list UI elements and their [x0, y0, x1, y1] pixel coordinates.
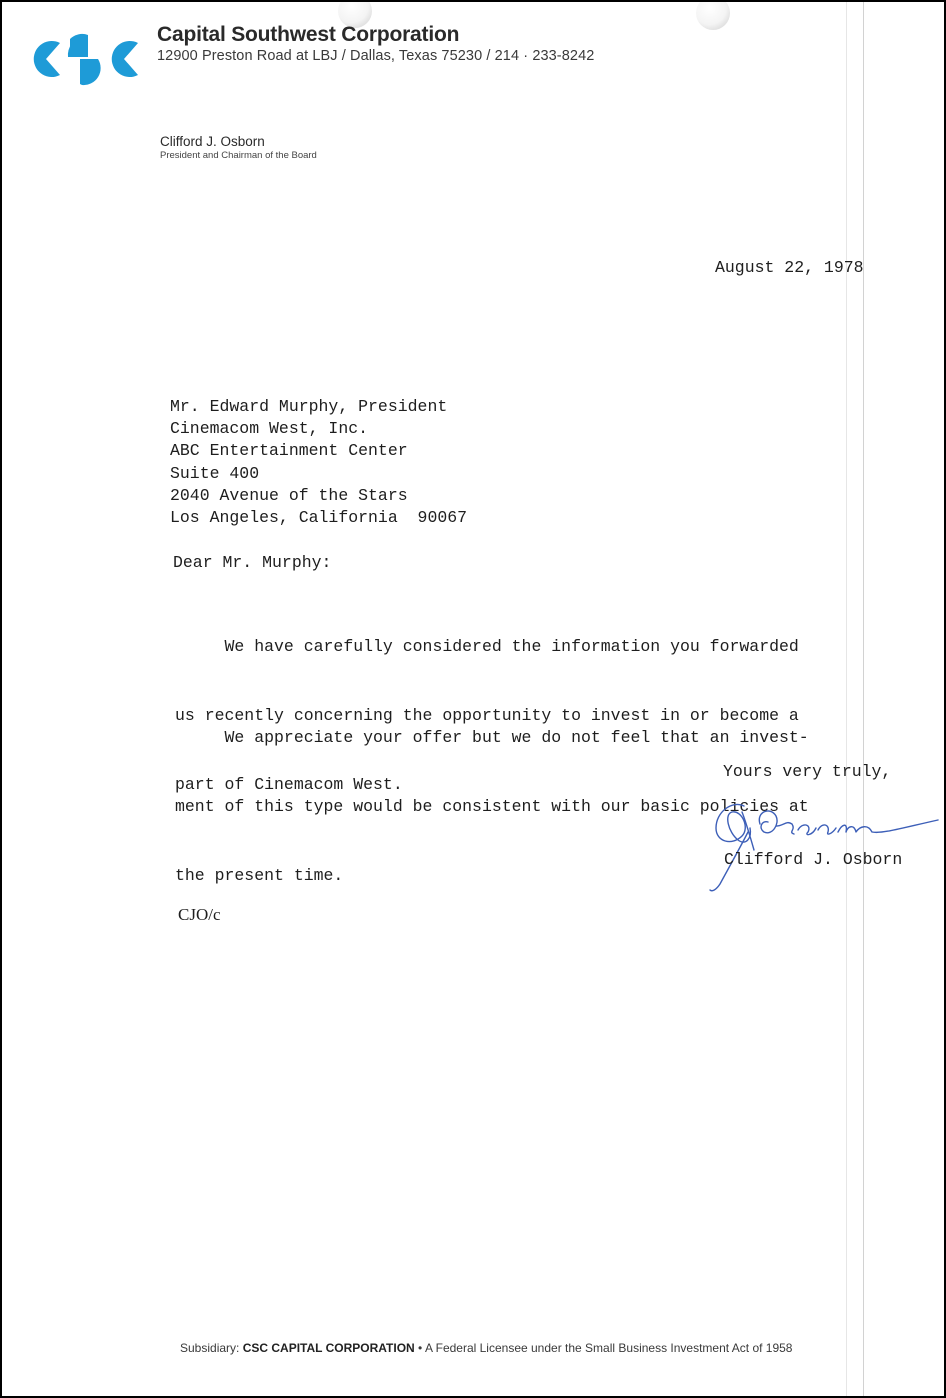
letter-page: Capital Southwest Corporation 12900 Pres… [2, 2, 944, 1396]
reference-initials: CJO/c [178, 905, 221, 925]
company-name: Capital Southwest Corporation [157, 23, 594, 47]
signature-icon [702, 792, 942, 902]
subsidiary-name: CSC CAPITAL CORPORATION [243, 1341, 415, 1355]
paragraph-line: We have carefully considered the informa… [175, 635, 799, 658]
footer-prefix: Subsidiary: [180, 1341, 243, 1355]
fold-line [846, 2, 847, 1396]
footer-separator: • [415, 1341, 425, 1355]
footer-text: A Federal Licensee under the Small Busin… [425, 1341, 793, 1355]
footer: Subsidiary: CSC CAPITAL CORPORATION • A … [180, 1341, 792, 1355]
fold-line [863, 2, 864, 1396]
csc-logo-icon [26, 29, 142, 89]
address-line: Mr. Edward Murphy, President [170, 396, 467, 418]
address-line: 2040 Avenue of the Stars [170, 485, 467, 507]
officer-block: Clifford J. Osborn President and Chairma… [160, 134, 317, 162]
address-line: Suite 400 [170, 463, 467, 485]
letter-date: August 22, 1978 [715, 258, 864, 277]
signer-name: Clifford J. Osborn [724, 850, 902, 869]
salutation: Dear Mr. Murphy: [173, 553, 331, 572]
address-line: ABC Entertainment Center [170, 440, 467, 462]
officer-name: Clifford J. Osborn [160, 134, 317, 150]
address-line: Los Angeles, California 90067 [170, 507, 467, 529]
hole-punch [696, 2, 730, 30]
company-address: 12900 Preston Road at LBJ / Dallas, Texa… [157, 47, 594, 65]
address-line: Cinemacom West, Inc. [170, 418, 467, 440]
letterhead: Capital Southwest Corporation 12900 Pres… [157, 23, 594, 65]
recipient-address: Mr. Edward Murphy, President Cinemacom W… [170, 396, 467, 529]
closing: Yours very truly, [723, 762, 891, 781]
paragraph-line: We appreciate your offer but we do not f… [175, 726, 809, 749]
officer-title: President and Chairman of the Board [160, 150, 317, 162]
